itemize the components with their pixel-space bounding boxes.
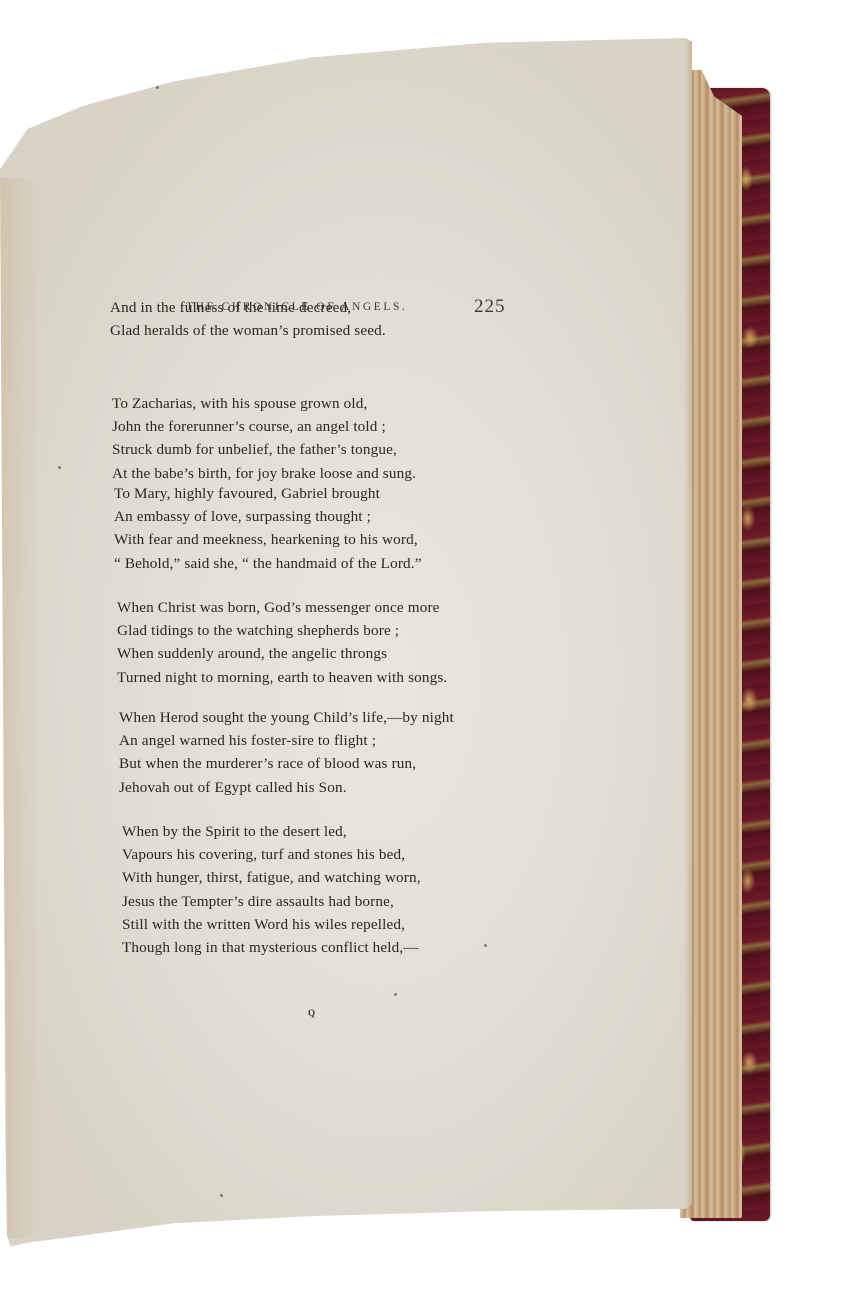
signature-mark: Q: [308, 1008, 315, 1018]
stanza-5: When Herod sought the young Child’s life…: [119, 706, 454, 799]
poem-line: But when the murderer’s race of blood wa…: [119, 752, 454, 775]
poem-line: Vapours his covering, turf and stones hi…: [122, 843, 421, 866]
poem-line: When Herod sought the young Child’s life…: [119, 706, 454, 729]
stanza-3: To Mary, highly favoured, Gabriel brough…: [114, 482, 422, 575]
poem-line: When Christ was born, God’s messenger on…: [117, 596, 447, 619]
page-gutter-shadow: [0, 178, 40, 1238]
paper-speck: [220, 1194, 223, 1197]
poem-line: To Mary, highly favoured, Gabriel brough…: [114, 482, 422, 505]
poem-line: John the forerunner’s course, an angel t…: [112, 415, 416, 438]
poem-line: Struck dumb for unbelief, the father’s t…: [112, 438, 416, 461]
poem-line: Turned night to morning, earth to heaven…: [117, 666, 447, 689]
poem-line: Still with the written Word his wiles re…: [122, 913, 421, 936]
poem-line: An angel warned his foster-sire to fligh…: [119, 729, 454, 752]
poem-line: To Zacharias, with his spouse grown old,: [112, 392, 416, 415]
poem-line: “ Behold,” said she, “ the handmaid of t…: [114, 552, 422, 575]
paper-speck: [58, 466, 61, 469]
poem-line: With fear and meekness, hearkening to hi…: [114, 528, 422, 551]
page-number: 225: [474, 296, 506, 318]
stanza-2: To Zacharias, with his spouse grown old,…: [112, 392, 416, 485]
paper-speck: [394, 993, 397, 996]
poem-line: An embassy of love, surpassing thought ;: [114, 505, 422, 528]
paper-speck: [484, 944, 487, 947]
stanza-1: And in the fulness of the time decreed, …: [110, 296, 386, 342]
poem-line: When suddenly around, the angelic throng…: [117, 642, 447, 665]
book-page: The Chronicle of Angels. 225 And in the …: [0, 38, 692, 1250]
poem-line: Though long in that mysterious conflict …: [122, 936, 421, 959]
stanza-6: When by the Spirit to the desert led, Va…: [122, 820, 421, 959]
poem-line: And in the fulness of the time decreed,: [110, 296, 386, 319]
stanza-4: When Christ was born, God’s messenger on…: [117, 596, 447, 689]
poem-line: Jehovah out of Egypt called his Son.: [119, 776, 454, 799]
paper-speck: [156, 86, 159, 89]
poem-line: When by the Spirit to the desert led,: [122, 820, 421, 843]
poem-line: Glad tidings to the watching shepherds b…: [117, 619, 447, 642]
poem-line: Glad heralds of the woman’s promised see…: [110, 319, 386, 342]
poem-line: With hunger, thirst, fatigue, and watchi…: [122, 866, 421, 889]
poem-line: Jesus the Tempter’s dire assaults had bo…: [122, 890, 421, 913]
